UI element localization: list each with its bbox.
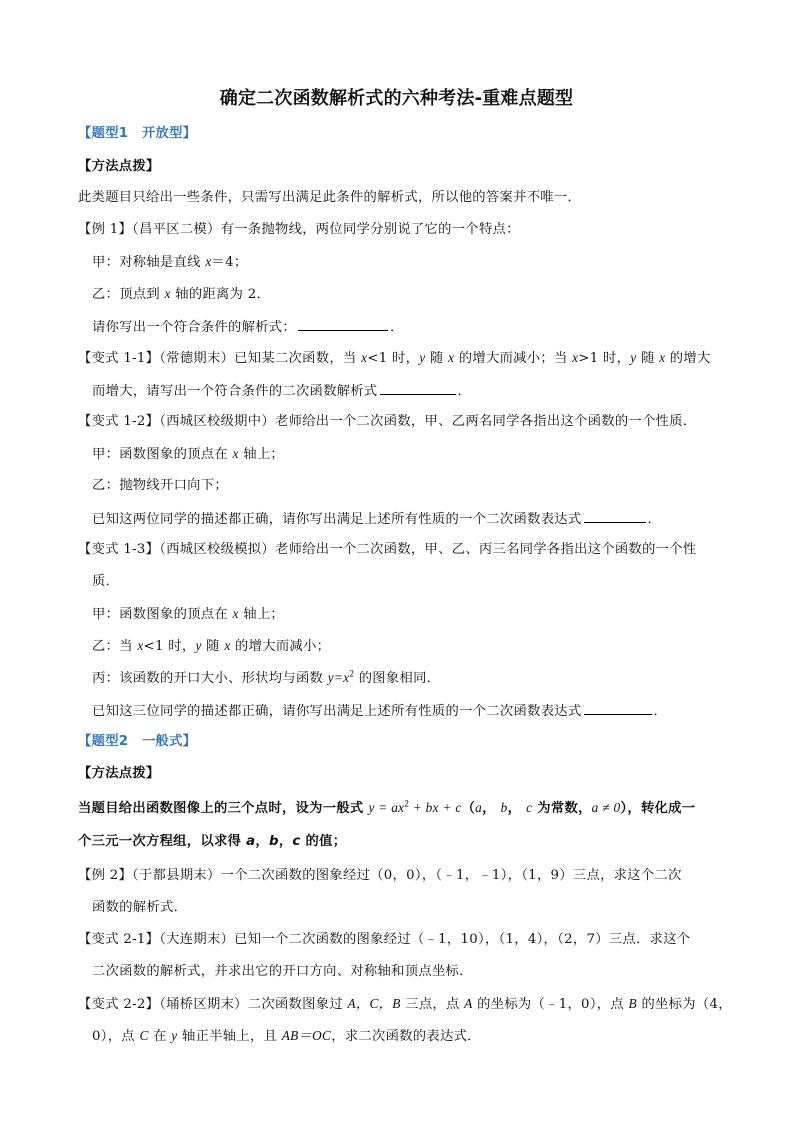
method-text-part: 当题目给出函数图像上的三个点时，设为一般式: [78, 801, 368, 816]
variant-label: 【变式 2-2】: [78, 997, 159, 1012]
condition-text: ＝4；: [212, 255, 248, 270]
example-1-question: 请你写出一个符合条件的解析式：．: [92, 316, 404, 338]
example-2: 【例 2】（于都县期末）一个二次函数的图象经过（0，0），（﹣1，﹣1），（1，…: [78, 866, 682, 886]
variant-text: 而增大，请写出一个符合条件的二次函数解析式: [92, 384, 378, 399]
variant-source: （西城区校级期中）: [159, 414, 275, 429]
question-text: 已知这三位同学的描述都正确，请你写出满足上述所有性质的一个二次函数表达式: [92, 704, 582, 719]
variant-1-1-line2: 而增大，请写出一个符合条件的二次函数解析式．: [92, 380, 471, 402]
variant-source: （西城区校级模拟）: [159, 542, 275, 557]
variant-text: 随: [636, 351, 659, 366]
variant-source: （常德期末）: [159, 351, 234, 366]
math-formula: y = ax: [368, 800, 404, 815]
condition-text: 甲：对称轴是直线: [92, 255, 205, 270]
variant-text: 二次函数图象过: [248, 997, 348, 1012]
condition-text: 轴上；: [239, 447, 284, 462]
variant-text: 在: [149, 1029, 172, 1044]
example-label: 【例 2】: [78, 868, 132, 883]
math-var: c: [292, 834, 300, 849]
example-source: （于都县期末）: [132, 868, 221, 883]
variant-1-2-question: 已知这两位同学的描述都正确，请你写出满足上述所有性质的一个二次函数表达式．: [92, 508, 661, 530]
method-text-part: ），转化成一: [620, 801, 695, 816]
condition-text: 乙：当: [92, 639, 137, 654]
answer-blank[interactable]: [298, 316, 388, 331]
condition-text: 的增大而减小；: [231, 639, 331, 654]
punct: ，: [482, 801, 501, 816]
variant-text: 的增大而减小；当: [454, 351, 572, 366]
variant-text: 随: [425, 351, 448, 366]
page-title: 确定二次函数解析式的六种考法-重难点题型: [0, 84, 793, 110]
method-text-part: 的值；: [301, 834, 347, 849]
math-var: b: [269, 834, 279, 849]
answer-blank[interactable]: [380, 380, 456, 395]
method-text-part: 为常数，: [532, 801, 591, 816]
method-text-part: 个三元一次方程组，以求得: [78, 834, 246, 849]
variant-text: ，求二次函数的表达式．: [331, 1029, 481, 1044]
condition-text: 乙：顶点到: [92, 287, 165, 302]
method-label: 【方法点拨】: [78, 157, 160, 177]
punct: ，: [255, 834, 269, 849]
punct: ，: [279, 834, 293, 849]
condition-text: 随: [202, 639, 225, 654]
punct: ．: [390, 320, 404, 335]
method-text-line2: 个三元一次方程组，以求得 a，b，c 的值；: [78, 832, 346, 852]
variant-text: >1 时，: [578, 351, 630, 366]
section-heading-general-form: 【题型2 一般式】: [78, 732, 196, 752]
variant-text: 三点，点: [401, 997, 464, 1012]
example-source: （昌平区二模）: [132, 222, 221, 237]
answer-blank[interactable]: [584, 700, 652, 715]
example-1: 【例 1】（昌平区二模）有一条抛物线，两位同学分别说了它的一个特点：: [78, 220, 520, 240]
document-page: 确定二次函数解析式的六种考法-重难点题型 【题型1 开放型】 【方法点拨】 此类…: [0, 0, 793, 1122]
variant-text: 老师给出一个二次函数，甲、乙两名同学各指出这个函数的一个性质．: [275, 414, 697, 429]
condition-text: 的图象相同．: [354, 671, 440, 686]
condition-text: 甲：函数图象的顶点在: [92, 607, 233, 622]
variant-1-2: 【变式 1-2】（西城区校级期中）老师给出一个二次函数，甲、乙两名同学各指出这个…: [78, 412, 696, 432]
variant-1-3-question: 已知这三位同学的描述都正确，请你写出满足上述所有性质的一个二次函数表达式．: [92, 700, 667, 722]
math-var: b: [501, 800, 508, 815]
example-text: 有一条抛物线，两位同学分别说了它的一个特点：: [221, 222, 520, 237]
math-formula: + bx + c: [409, 800, 461, 815]
answer-blank[interactable]: [584, 508, 646, 523]
variant-label: 【变式 1-1】: [78, 351, 159, 366]
variant-1-3-line2: 质．: [92, 572, 119, 592]
variant-2-1-line2: 二次函数的解析式，并求出它的开口方向、对称轴和顶点坐标．: [92, 962, 473, 982]
condition-text: <1 时，: [144, 639, 196, 654]
example-label: 【例 1】: [78, 222, 132, 237]
variant-text: 的坐标为（﹣1，0），点: [473, 997, 629, 1012]
section-heading-open-type: 【题型1 开放型】: [78, 124, 196, 144]
variant-1-1: 【变式 1-1】（常德期末）已知某二次函数，当 x<1 时，y 随 x 的增大而…: [78, 348, 711, 369]
condition-jia: 甲：函数图象的顶点在 x 轴上；: [92, 444, 284, 465]
punct: ，: [508, 801, 527, 816]
variant-text: 0），点: [92, 1029, 139, 1044]
condition-yi: 乙：抛物线开口向下；: [92, 476, 228, 496]
variant-text: 的坐标为（4，: [637, 997, 732, 1012]
variant-text: 的增大: [665, 351, 710, 366]
condition-text: 甲：函数图象的顶点在: [92, 447, 233, 462]
method-text: 当题目给出函数图像上的三个点时，设为一般式 y = ax2 + bx + c（a…: [78, 798, 695, 819]
math-condition: a ≠ 0: [592, 800, 621, 815]
condition-text: 轴上；: [239, 607, 284, 622]
math-expression: y=x: [328, 670, 350, 685]
punct: ．: [654, 704, 668, 719]
punct: （: [462, 801, 476, 816]
condition-jia: 甲：对称轴是直线 x＝4；: [92, 252, 247, 273]
punct: ．: [648, 512, 662, 527]
example-2-line2: 函数的解析式．: [92, 898, 187, 918]
math-var: A: [464, 996, 472, 1011]
condition-yi: 乙：顶点到 x 轴的距离为 2．: [92, 284, 270, 305]
variant-2-2: 【变式 2-2】（埇桥区期末）二次函数图象过 A，C，B 三点，点 A 的坐标为…: [78, 994, 732, 1015]
variant-source: （埇桥区期末）: [159, 997, 248, 1012]
variant-label: 【变式 2-1】: [78, 932, 159, 947]
condition-jia: 甲：函数图象的顶点在 x 轴上；: [92, 604, 284, 625]
variant-text: 老师给出一个二次函数，甲、乙、丙三名同学各指出这个函数的一个性: [275, 542, 697, 557]
variant-text: 已知某二次函数，当: [234, 351, 361, 366]
math-var: C: [139, 1028, 148, 1043]
question-text: 已知这两位同学的描述都正确，请你写出满足上述所有性质的一个二次函数表达式: [92, 512, 582, 527]
variant-text: <1 时，: [367, 351, 419, 366]
math-equation: AB＝OC: [282, 1028, 332, 1043]
question-text: 请你写出一个符合条件的解析式：: [92, 320, 296, 335]
condition-bing: 丙：该函数的开口大小、形状均与函数 y=x2 的图象相同．: [92, 668, 440, 689]
condition-text: 丙：该函数的开口大小、形状均与函数: [92, 671, 328, 686]
variant-label: 【变式 1-2】: [78, 414, 159, 429]
math-var: B: [629, 996, 637, 1011]
variant-2-2-line2: 0），点 C 在 y 轴正半轴上，且 AB＝OC，求二次函数的表达式．: [92, 1026, 481, 1047]
punct: ．: [458, 384, 472, 399]
condition-yi: 乙：当 x<1 时，y 随 x 的增大而减小；: [92, 636, 330, 657]
math-points: A，C，B: [347, 996, 400, 1011]
example-text: 一个二次函数的图象经过（0，0），（﹣1，﹣1），（1，9）三点，求这个二次: [221, 868, 682, 883]
variant-source: （大连期末）: [159, 932, 234, 947]
variant-1-3: 【变式 1-3】（西城区校级模拟）老师给出一个二次函数，甲、乙、丙三名同学各指出…: [78, 540, 696, 560]
math-var: a: [246, 834, 255, 849]
condition-text: 轴的距离为 2．: [171, 287, 270, 302]
variant-label: 【变式 1-3】: [78, 542, 159, 557]
method-text: 此类题目只给出一些条件，只需写出满足此条件的解析式，所以他的答案并不唯一．: [78, 188, 581, 208]
method-label: 【方法点拨】: [78, 764, 160, 784]
variant-text: 轴正半轴上，且: [177, 1029, 281, 1044]
variant-2-1: 【变式 2-1】（大连期末）已知一个二次函数的图象经过（﹣1，10），（1，4）…: [78, 930, 690, 950]
variant-text: 已知一个二次函数的图象经过（﹣1，10），（1，4），（2，7）三点．求这个: [234, 932, 690, 947]
